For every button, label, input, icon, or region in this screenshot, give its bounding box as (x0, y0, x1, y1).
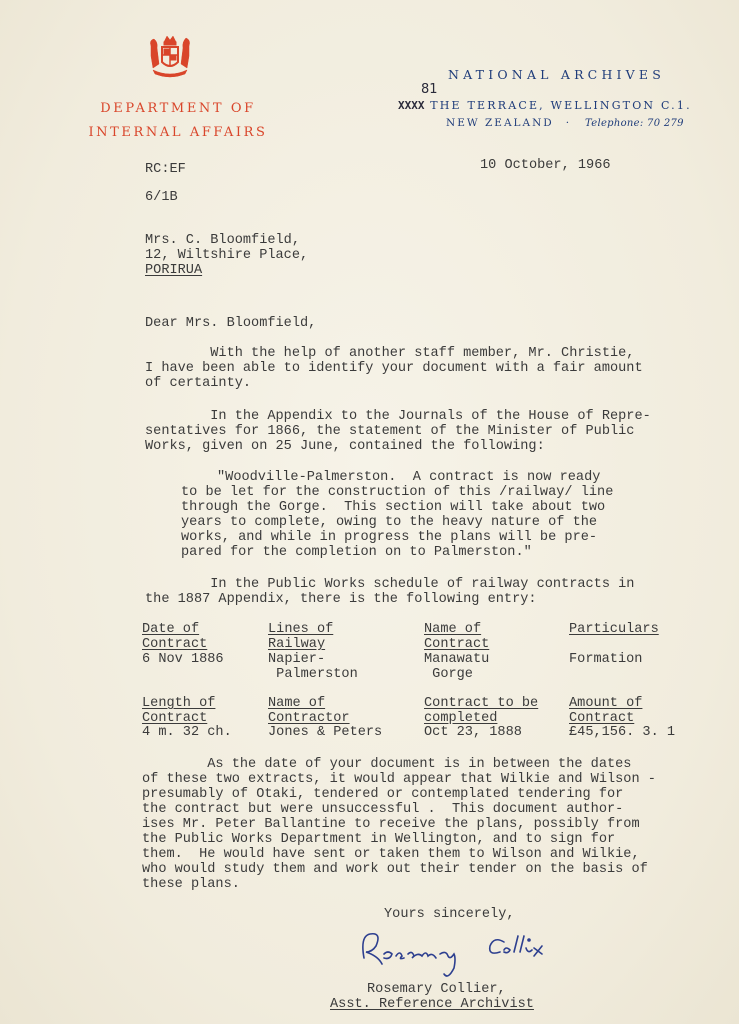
table-header: Railway (268, 637, 325, 652)
table-cell: Napier- (268, 652, 325, 667)
paragraph-2-line: Works, given on 25 June, contained the f… (145, 439, 545, 454)
paragraph-4-line: presumably of Otaki, tendered or contemp… (142, 787, 623, 802)
table-cell: Palmerston (268, 667, 358, 682)
paragraph-1-line: I have been able to identify your docume… (145, 361, 643, 376)
telephone: Telephone: 70 279 (585, 118, 684, 129)
table-cell: 4 m. 32 ch. (142, 725, 232, 740)
table-cell: £45,156. 3. 1 (569, 725, 675, 740)
table-cell: 6 Nov 1886 (142, 652, 224, 667)
recipient-street: 12, Wiltshire Place, (145, 248, 308, 263)
reference-initials: RC:EF (145, 162, 186, 177)
table-cell: Gorge (424, 667, 473, 682)
handwritten-signature-icon (356, 924, 576, 984)
table-cell: Manawatu (424, 652, 489, 667)
nz-coat-of-arms-icon (145, 34, 195, 80)
quote-line: "Woodville-Palmerston. A contract is now… (217, 470, 600, 485)
salutation: Dear Mrs. Bloomfield, (145, 316, 316, 331)
table-header: Contract (569, 711, 634, 726)
address-line: XXXX THE TERRACE, WELLINGTON C.1. (398, 99, 692, 112)
file-reference: 6/1B (145, 190, 178, 205)
quote-line: through the Gorge. This section will tak… (181, 500, 605, 515)
table-header: Particulars (569, 622, 659, 637)
department-line-1: DEPARTMENT OF (78, 101, 278, 116)
paragraph-4-line: of these two extracts, it would appear t… (142, 772, 656, 787)
table-header: Length of (142, 696, 215, 711)
country: NEW ZEALAND (446, 117, 554, 129)
paragraph-1-line: With the help of another staff member, M… (145, 346, 634, 361)
struck-address: XXXX (398, 99, 425, 112)
table-header: Contract (142, 711, 207, 726)
table-header: Contract (142, 637, 207, 652)
paragraph-3-line: the 1887 Appendix, there is the followin… (145, 592, 537, 607)
table-header: Name of (424, 622, 481, 637)
paragraph-4-line: the Public Works Department in Wellingto… (142, 832, 615, 847)
paragraph-4-line: the contract but were unsuccessful . Thi… (142, 802, 623, 817)
table-header: Contract (424, 637, 489, 652)
table-header: completed (424, 711, 497, 726)
street-address: THE TERRACE, WELLINGTON C.1. (430, 99, 692, 112)
signer-title: Asst. Reference Archivist (330, 997, 534, 1012)
separator: · (566, 117, 571, 129)
table-header: Contractor (268, 711, 350, 726)
table-header: Amount of (569, 696, 642, 711)
letter-page: DEPARTMENT OF INTERNAL AFFAIRS NATIONAL … (0, 0, 739, 1024)
department-line-2: INTERNAL AFFAIRS (78, 125, 278, 140)
recipient-name: Mrs. C. Bloomfield, (145, 233, 300, 248)
table-header: Contract to be (424, 696, 538, 711)
table-header: Name of (268, 696, 325, 711)
paragraph-3-line: In the Public Works schedule of railway … (145, 577, 634, 592)
paragraph-4-line: ises Mr. Peter Ballantine to receive the… (142, 817, 640, 832)
table-cell: Formation (569, 652, 642, 667)
paragraph-4-line: As the date of your document is in betwe… (142, 757, 631, 772)
paragraph-1-line: of certainty. (145, 376, 251, 391)
recipient-town: PORIRUA (145, 263, 202, 278)
quote-line: pared for the completion on to Palmersto… (181, 545, 532, 560)
quote-line: to be let for the construction of this /… (181, 485, 613, 500)
country-telephone-line: NEW ZEALAND·Telephone: 70 279 (446, 117, 684, 129)
signer-name: Rosemary Collier, (367, 982, 506, 997)
table-cell: Jones & Peters (268, 725, 382, 740)
valediction: Yours sincerely, (384, 907, 515, 922)
quote-line: works, and while in progress the plans w… (181, 530, 597, 545)
quote-line: years to complete, owing to the heavy na… (181, 515, 597, 530)
paragraph-4-line: them. He would have sent or taken them t… (142, 847, 640, 862)
org-title: NATIONAL ARCHIVES (448, 67, 665, 82)
paragraph-4-line: who would study them and work out their … (142, 862, 648, 877)
table-header: Lines of (268, 622, 333, 637)
table-header: Date of (142, 622, 199, 637)
table-cell: Oct 23, 1888 (424, 725, 522, 740)
paragraph-2-line: In the Appendix to the Journals of the H… (145, 409, 651, 424)
paragraph-4-line: these plans. (142, 877, 240, 892)
letter-date: 10 October, 1966 (480, 158, 611, 173)
paragraph-2-line: sentatives for 1866, the statement of th… (145, 424, 634, 439)
address-number: 81 (421, 82, 438, 97)
